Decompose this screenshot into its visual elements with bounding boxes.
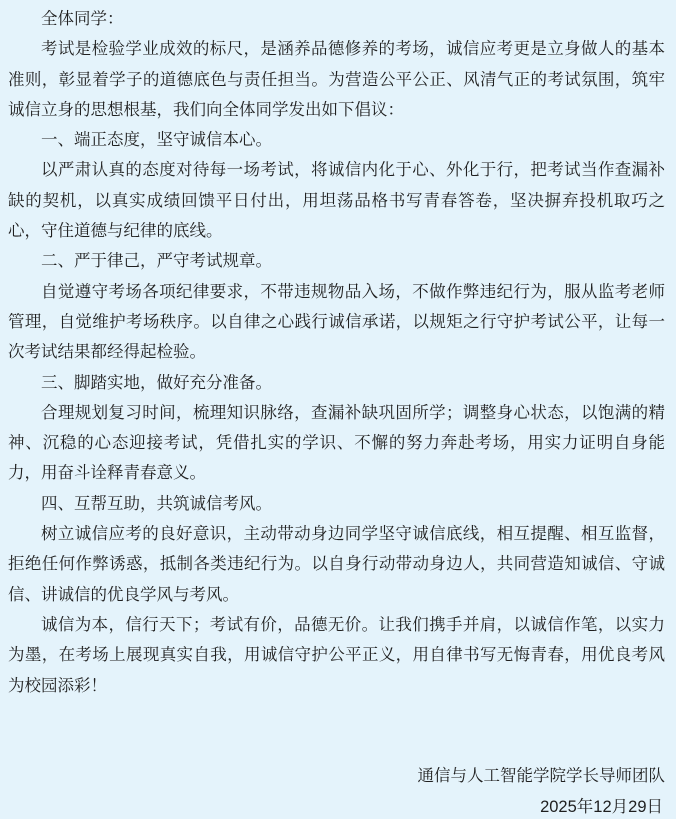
item-2-body: 自觉遵守考场各项纪律要求，不带违规物品入场，不做作弊违纪行为，服从监考老师管理，… bbox=[8, 277, 665, 368]
closing-paragraph: 诚信为本，信行天下；考试有价，品德无价。让我们携手并肩，以诚信作笔，以实力为墨，… bbox=[8, 610, 665, 701]
item-1-body: 以严肃认真的态度对待每一场考试，将诚信内化于心、外化于行，把考试当作查漏补缺的契… bbox=[8, 155, 665, 246]
item-4-body: 树立诚信应考的良好意识，主动带动身边同学坚守诚信底线，相互提醒、相互监督，拒绝任… bbox=[8, 519, 665, 610]
item-4-heading: 四、互帮互助，共筑诚信考风。 bbox=[8, 489, 665, 519]
item-3-heading: 三、脚踏实地，做好充分准备。 bbox=[8, 368, 665, 398]
intro-paragraph: 考试是检验学业成效的标尺，是涵养品德修养的考场，诚信应考更是立身做人的基本准则，… bbox=[8, 34, 665, 125]
signature-date: 2025年12月29日 bbox=[8, 792, 665, 819]
item-3-body: 合理规划复习时间，梳理知识脉络，查漏补缺巩固所学；调整身心状态，以饱满的精神、沉… bbox=[8, 398, 665, 489]
item-1-heading: 一、端正态度，坚守诚信本心。 bbox=[8, 125, 665, 155]
item-2-heading: 二、严于律己，严守考试规章。 bbox=[8, 246, 665, 276]
signature-block: 通信与人工智能学院学长导师团队 2025年12月29日 bbox=[8, 761, 665, 819]
salutation: 全体同学： bbox=[8, 4, 665, 34]
proposal-letter-page: 全体同学： 考试是检验学业成效的标尺，是涵养品德修养的考场，诚信应考更是立身做人… bbox=[0, 0, 676, 819]
signature-team-name: 通信与人工智能学院学长导师团队 bbox=[8, 761, 665, 791]
